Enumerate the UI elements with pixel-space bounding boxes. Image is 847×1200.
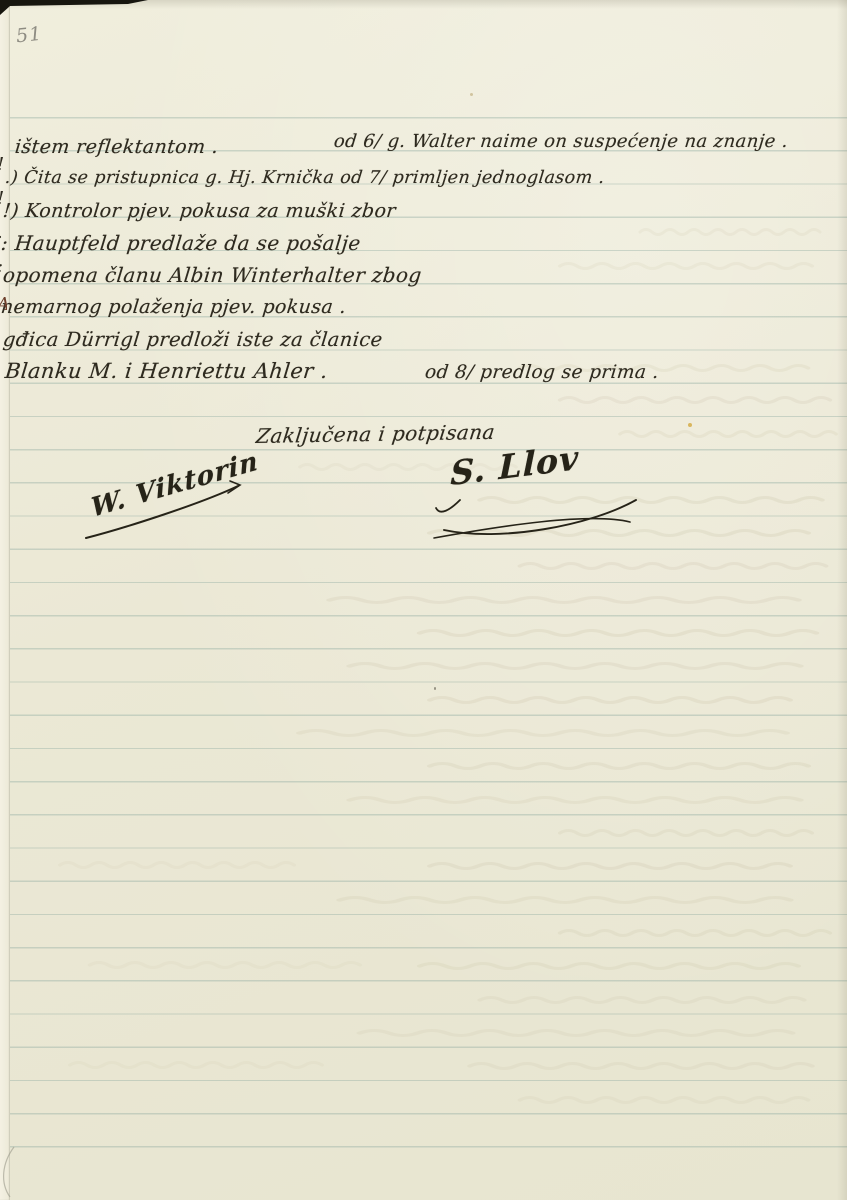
handwritten-line-4: : Hauptfeld predlaže da se pošalje [0,233,362,253]
handwritten-line-2: .) Čita se pristupnica g. Hj. Krnička od… [4,170,605,188]
margin-ink-fragment: ! [0,190,7,208]
margin-ink-fragment: : [0,258,7,276]
bottom-left-crease [0,1145,30,1200]
margin-ink-fragment-red: A. [0,296,7,314]
margin-ink-fragment: ! [0,156,7,174]
handwritten-line-1-left: ištem reflektantom . [14,138,219,157]
signature-right: S. Llov [430,438,645,553]
handwritten-line-3: !) Kontrolor pjev. pokusa za muški zbor [2,202,397,221]
handwritten-line-8-left: Blanku M. i Henriettu Ahler . [4,361,329,382]
handwritten-line-5: opomena članu Albin Winterhalter zbog [2,265,423,285]
handwritten-line-1-right: od 6/ g. Walter naime on suspećenje na z… [333,133,789,151]
manuscript-page: 51 ištem reflektantom . od 6/ g. Walter … [0,0,847,1200]
folio-page-number: 51 [15,23,43,48]
handwritten-line-7: gđica Dürrigl predloži iste za članice [2,330,384,350]
handwritten-line-6: nemarnog polaženja pjev. pokusa . [0,298,347,317]
margin-ink-fragment: . [0,224,7,242]
handwritten-line-8-right: od 8/ predlog se prima . [424,364,660,383]
signature-left: W. Viktorin [80,452,260,547]
paper-speck [470,93,473,96]
paper-speck [434,687,436,690]
paper-speck [688,423,692,427]
